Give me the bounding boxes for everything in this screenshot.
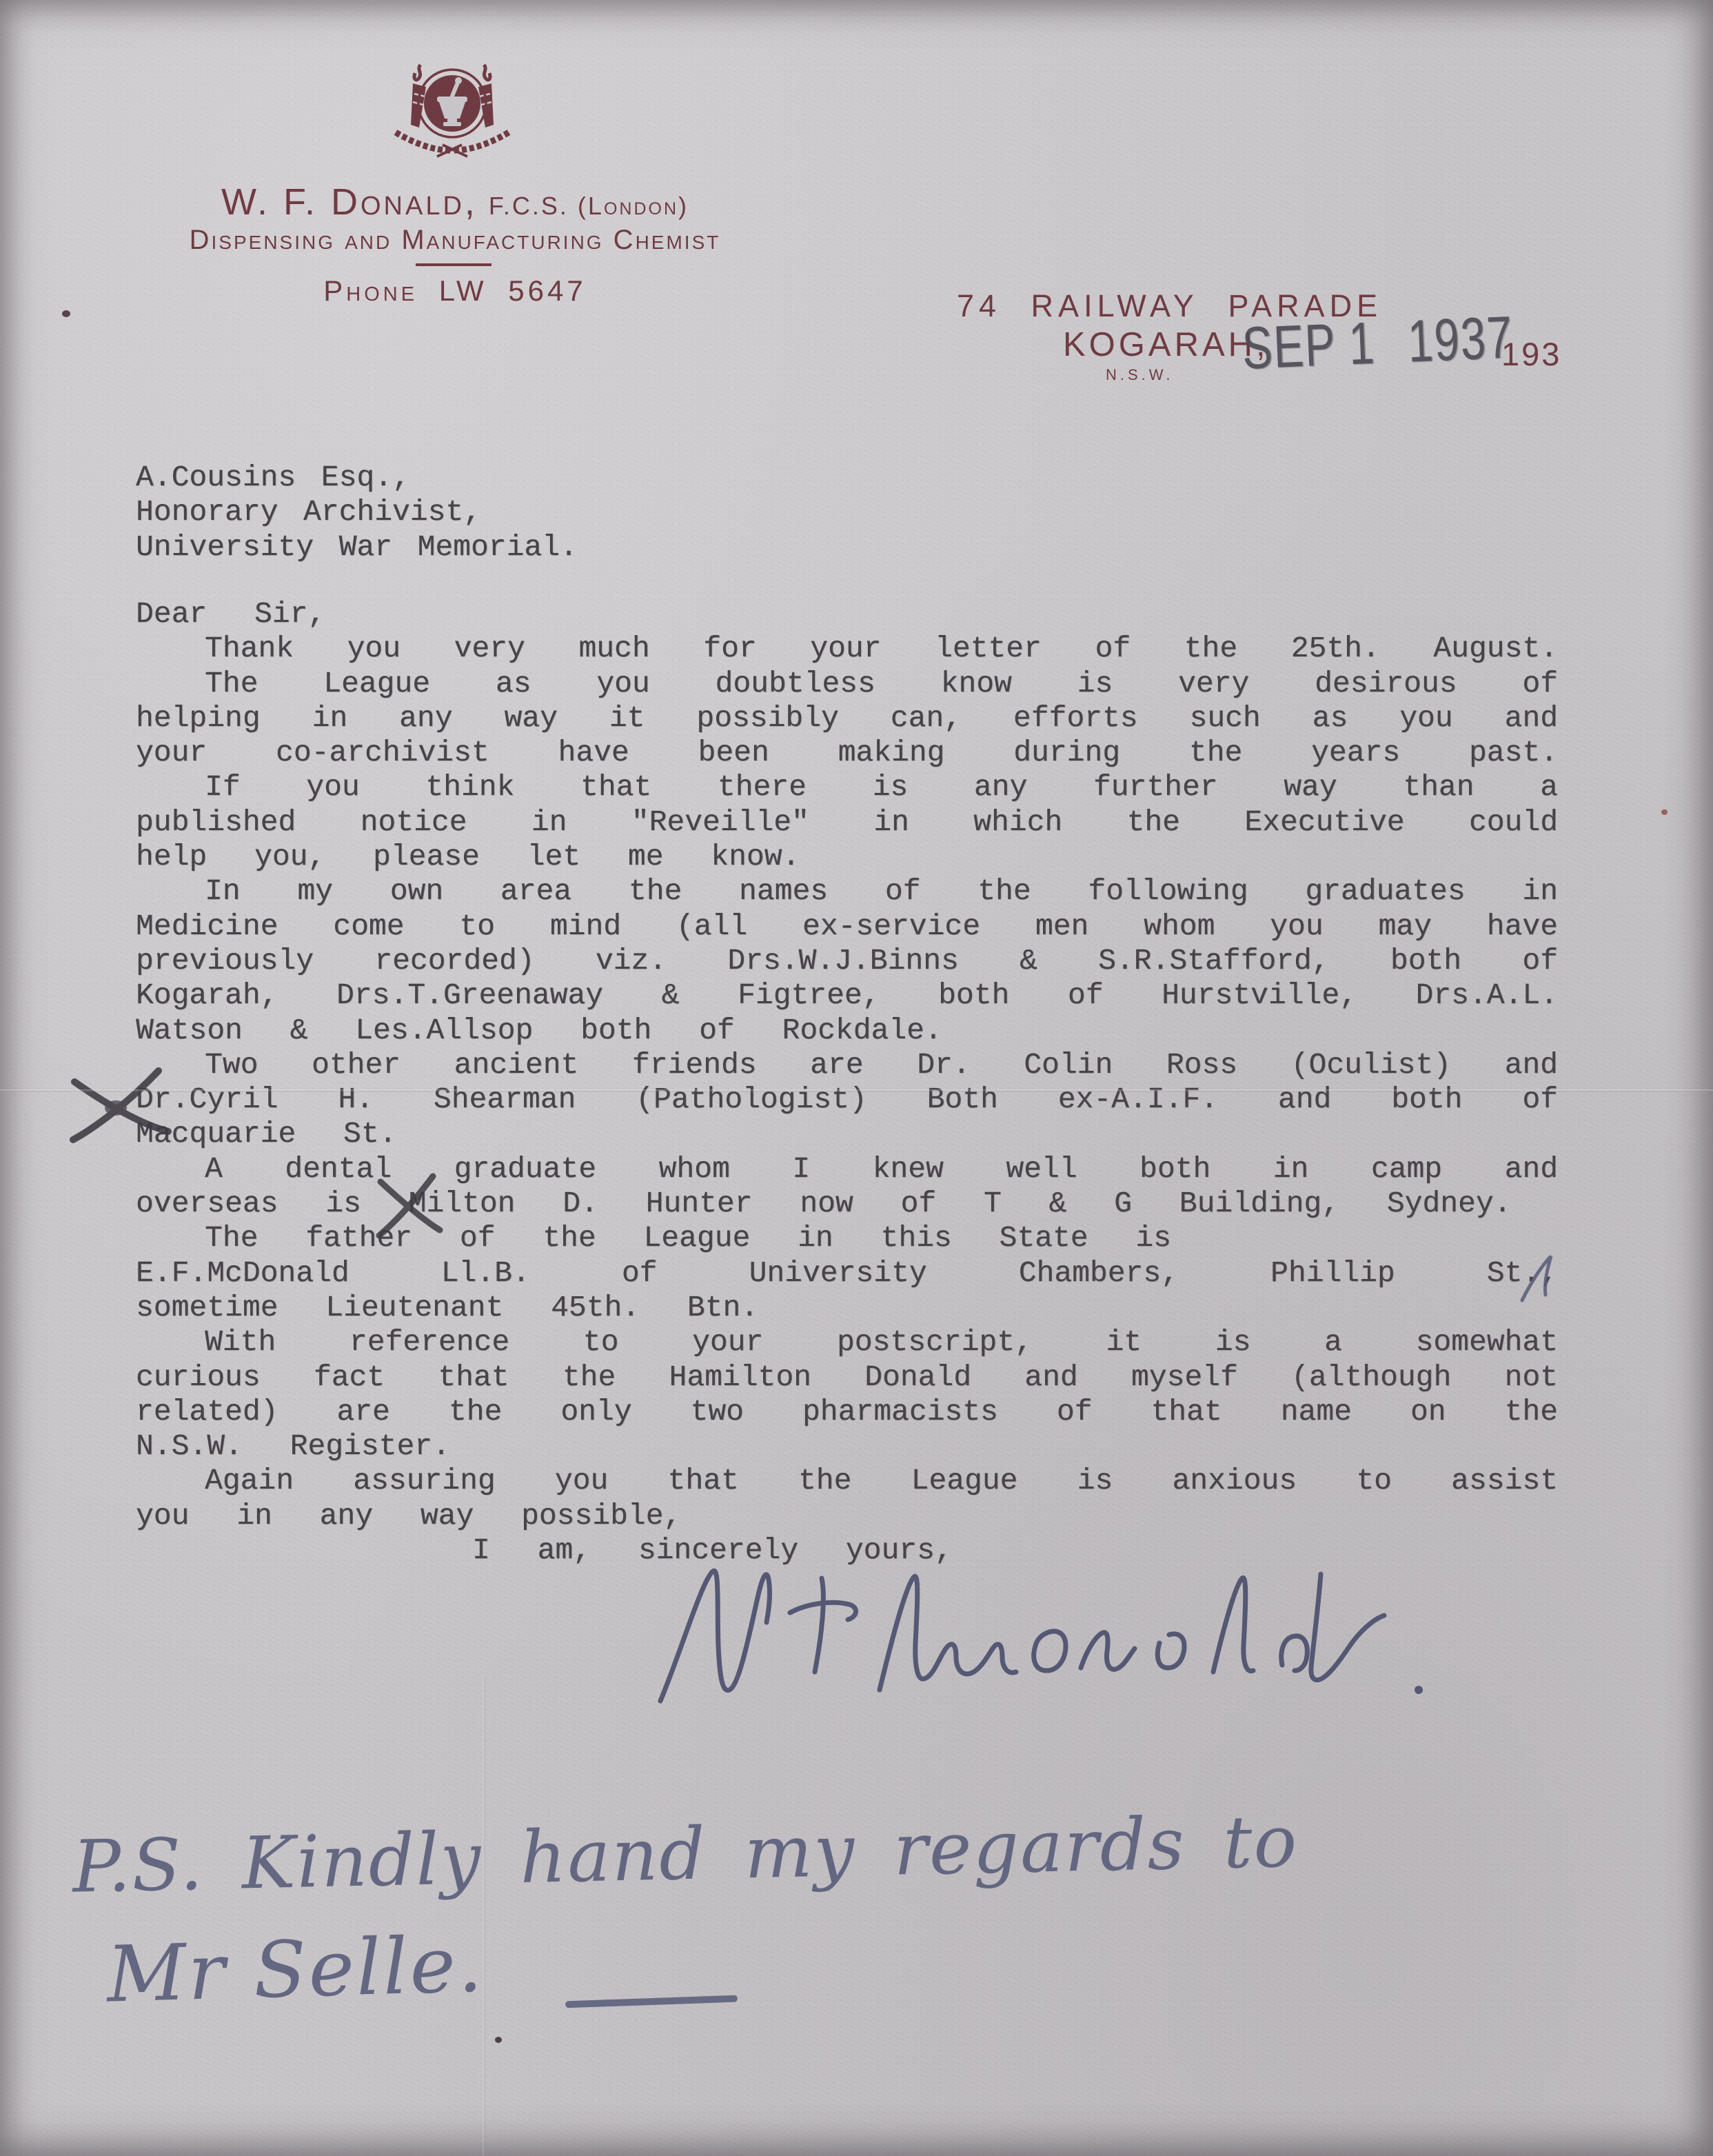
letter-line: The father of the League in this State i… (136, 1221, 1558, 1256)
letterhead-subtitle: Dispensing and Manufacturing Chemist (110, 225, 800, 256)
scanned-letter-page: W. F. Donald,F.C.S. (London) Dispensing … (0, 0, 1713, 2156)
horizontal-fold-crease (0, 1089, 1713, 1092)
letterhead-name-line: W. F. Donald,F.C.S. (London) (110, 181, 800, 223)
letterhead-city: KOGARAH, (1063, 325, 1269, 364)
letter-line: published notice in "Reveille" in which … (136, 805, 1558, 840)
letter-line: helping in any way it possibly can, effo… (136, 701, 1558, 736)
recipient-address-block: A.Cousins Esq.,Honorary Archivist,Univer… (136, 461, 1558, 565)
proprietor-credentials: F.C.S. (London) (489, 192, 689, 220)
letter-line: Again assuring you that the League is an… (136, 1464, 1558, 1498)
letter-line: you in any way possible, (136, 1499, 1558, 1533)
letter-line: The League as you doubtless know is very… (136, 667, 1558, 701)
postscript-line-1: P.S. Kindly hand my regards to (72, 1799, 1299, 1908)
postscript-dash (565, 1995, 738, 2008)
letter-line: curious fact that the Hamilton Donald an… (136, 1360, 1558, 1395)
letter-line: A dental graduate whom I knew well both … (136, 1152, 1558, 1187)
letter-line: previously recorded) viz. Drs.W.J.Binns … (136, 944, 1558, 978)
letter-line: E.F.McDonald Ll.B. of University Chamber… (136, 1256, 1558, 1291)
ink-speck (1661, 809, 1668, 815)
letterhead-phone: Phone LW 5647 (110, 274, 800, 308)
proprietor-name: W. F. Donald, (221, 181, 478, 223)
ink-speck (495, 2037, 502, 2043)
letterhead-divider (416, 263, 491, 266)
letter-line: Watson & Les.Allsop both of Rockdale. (136, 1014, 1558, 1048)
date-stamp: SEP 11937 (1241, 303, 1514, 383)
letter-line: Kogarah, Drs.T.Greenaway & Figtree, both… (136, 978, 1558, 1013)
letterhead-state: N.S.W. (1106, 366, 1173, 384)
letter-line: With reference to your postscript, it is… (136, 1325, 1558, 1360)
ink-speck (62, 310, 70, 317)
pharmacy-crest-icon (385, 61, 520, 159)
letter-line: If you think that there is any further w… (136, 770, 1558, 805)
postscript-line-2: Mr Selle. (105, 1920, 485, 2019)
date-stamp-gap (1376, 362, 1409, 363)
handwritten-signature (648, 1555, 1468, 1724)
letter-line: Dr.Cyril H. Shearman (Pathologist) Both … (136, 1082, 1558, 1117)
letter-line: Dear Sir, (136, 597, 1558, 632)
letter-body: Dear Sir,Thank you very much for your le… (136, 597, 1558, 1568)
letter-line: your co-archivist have been making durin… (136, 736, 1558, 770)
letter-line: sometime Lieutenant 45th. Btn. (136, 1291, 1558, 1325)
letter-line: overseas is Milton D. Hunter now of T & … (136, 1187, 1558, 1221)
letter-line: Two other ancient friends are Dr. Colin … (136, 1048, 1558, 1082)
recipient-line: University War Memorial. (136, 530, 1558, 565)
letter-line: In my own area the names of the followin… (136, 874, 1558, 909)
recipient-line: A.Cousins Esq., (136, 461, 1558, 495)
date-stamp-year: 1937 (1406, 304, 1514, 374)
margin-cross-mark (66, 1065, 176, 1145)
letter-line: Medicine come to mind (all ex-service me… (136, 909, 1558, 944)
letter-line: N.S.W. Register. (136, 1429, 1558, 1464)
pen-tick-mark (1517, 1253, 1559, 1309)
letter-line: Macquarie St. (136, 1117, 1558, 1151)
letter-line: related) are the only two pharmacists of… (136, 1395, 1558, 1429)
vertical-fold-crease (483, 1675, 485, 2156)
letter-line: Thank you very much for your letter of t… (136, 632, 1558, 666)
letter-line: help you, please let me know. (136, 840, 1558, 874)
inline-cross-mark (374, 1171, 445, 1240)
date-stamp-month-day: SEP 1 (1241, 310, 1377, 381)
recipient-line: Honorary Archivist, (136, 495, 1558, 530)
